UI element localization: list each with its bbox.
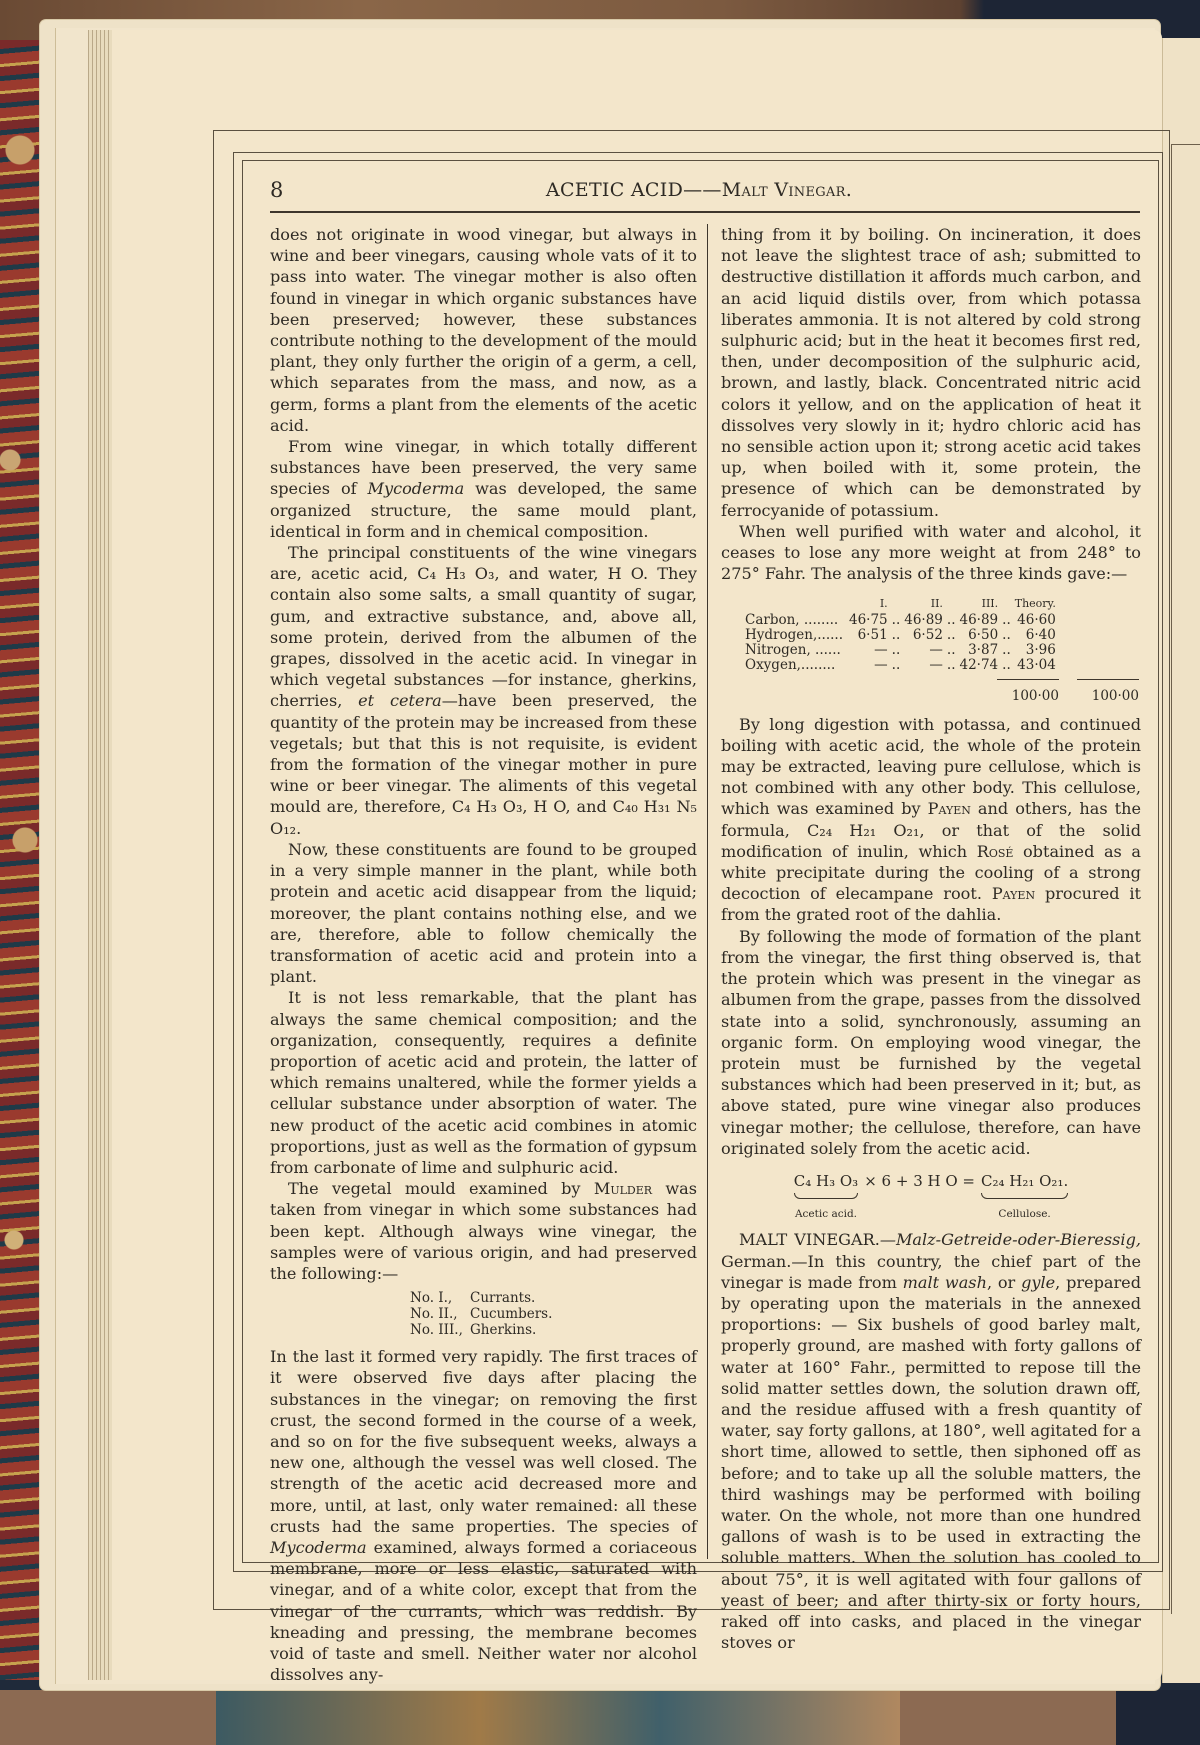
column-header: III. xyxy=(958,596,1001,613)
paragraph: When well purified with water and alcoho… xyxy=(721,521,1141,585)
cell: 6·52 xyxy=(902,628,945,643)
text: examined, always formed a coriaceous mem… xyxy=(270,1538,697,1684)
marbled-cover-bottom-edge xyxy=(0,1690,1200,1745)
cell: 42·74 xyxy=(958,658,1001,673)
table-row: Nitrogen, ...... — .. — .. 3·87 .. 3·96 xyxy=(743,643,1058,658)
text: The vegetal mould examined by xyxy=(288,1179,594,1198)
paragraph: Now, these constituents are found to be … xyxy=(270,839,697,987)
brace-label: Acetic acid. xyxy=(795,1204,857,1225)
element-name: Carbon, ........ xyxy=(743,613,847,628)
author-name: Payen xyxy=(928,799,971,818)
page-gutter-edges xyxy=(88,30,114,1680)
equation-product: C₂₄ H₂₁ O₂₁. Cellulose. xyxy=(981,1171,1068,1225)
cell: 6·50 xyxy=(958,628,1001,643)
sample-number: No. I., xyxy=(410,1290,470,1306)
leader: .. xyxy=(890,613,903,628)
table-row: Carbon, ........ 46·75 .. 46·89 .. 46·89… xyxy=(743,613,1058,628)
element-name: Nitrogen, ...... xyxy=(743,643,847,658)
author-name: Mulder xyxy=(594,1179,652,1198)
paragraph: It is not less remarkable, that the plan… xyxy=(270,987,697,1178)
column-header: II. xyxy=(902,596,945,613)
total-theory: 100·00 xyxy=(1077,679,1139,707)
list-item: No. I.,Currants. xyxy=(410,1290,697,1306)
cell: 46·89 xyxy=(958,613,1001,628)
list-item: No. II.,Cucumbers. xyxy=(410,1306,697,1322)
sample-list: No. I.,Currants. No. II.,Cucumbers. No. … xyxy=(410,1290,697,1338)
table-row: Hydrogen,...... 6·51 .. 6·52 .. 6·50 .. … xyxy=(743,628,1058,643)
column-header xyxy=(890,596,903,613)
page-number: 8 xyxy=(270,178,310,202)
next-page-frame-rule-vertical xyxy=(1171,144,1172,1614)
analysis-table: I. II. III. Theory. Carbon, ........ 46·… xyxy=(743,596,1058,673)
running-head: 8 ACETIC ACID——Malt Vinegar. xyxy=(270,172,1138,208)
paragraph: The principal constituents of the wine v… xyxy=(270,542,697,839)
sample-number: No. II., xyxy=(410,1306,470,1322)
header-rule xyxy=(270,211,1140,213)
element-name: Hydrogen,...... xyxy=(743,628,847,643)
paragraph: thing from it by boiling. On incineratio… xyxy=(721,224,1141,521)
chemical-formula: C₄ H₃ O₃ xyxy=(417,564,494,583)
leader: .. xyxy=(890,643,903,658)
text: In the last it formed very rapidly. The … xyxy=(270,1347,697,1536)
section-heading: MALT VINEGAR. xyxy=(739,1230,880,1249)
cell: — xyxy=(847,658,890,673)
column-divider xyxy=(707,224,708,1559)
brace-label: Cellulose. xyxy=(998,1204,1050,1225)
table-totals: 100·00 100·00 xyxy=(721,679,1139,707)
marbled-endpaper-left xyxy=(0,40,40,1680)
leader: .. xyxy=(945,643,958,658)
running-title: ACETIC ACID——Malt Vinegar. xyxy=(310,179,1138,201)
leader: .. xyxy=(1000,658,1013,673)
cell: — xyxy=(847,643,890,658)
paragraph: By long digestion with potassa, and cont… xyxy=(721,714,1141,926)
column-header: I. xyxy=(847,596,890,613)
leader: .. xyxy=(890,658,903,673)
author-name: Payen xyxy=(992,884,1035,903)
list-item: No. III.,Gherkins. xyxy=(410,1322,697,1338)
leader: .. xyxy=(890,628,903,643)
text: , and water, H O. They contain also some… xyxy=(270,564,697,710)
formula-acetic-acid: C₄ H₃ O₃ xyxy=(794,1171,858,1192)
cell: — xyxy=(902,643,945,658)
cell: — xyxy=(902,658,945,673)
italic-term: malt wash xyxy=(903,1273,987,1292)
italic-term: Mycoderma xyxy=(368,479,465,498)
paragraph: does not originate in wood vinegar, but … xyxy=(270,224,697,436)
next-page-frame-rule xyxy=(1171,144,1200,145)
leader: .. xyxy=(1000,613,1013,628)
formula-cellulose: C₂₄ H₂₁ O₂₁. xyxy=(981,1171,1068,1192)
italic-term: et cetera xyxy=(358,691,442,710)
leader: .. xyxy=(945,613,958,628)
sample-name: Cucumbers. xyxy=(470,1306,552,1322)
cell: 3·96 xyxy=(1013,643,1058,658)
paragraph: By following the mode of formation of th… xyxy=(721,926,1141,1159)
column-header xyxy=(945,596,958,613)
table-header-row: I. II. III. Theory. xyxy=(743,596,1058,613)
cell: 43·04 xyxy=(1013,658,1058,673)
sample-number: No. III., xyxy=(410,1322,470,1338)
underbrace-icon xyxy=(794,1193,858,1199)
cell: 6·40 xyxy=(1013,628,1058,643)
cell: 3·87 xyxy=(958,643,1001,658)
leader: .. xyxy=(945,628,958,643)
italic-term: —Malz-Getreide-oder-Bieressig, xyxy=(880,1230,1141,1249)
author-name: Rosé xyxy=(977,842,1014,861)
cell: 46·60 xyxy=(1013,613,1058,628)
cell: 6·51 xyxy=(847,628,890,643)
sample-name: Currants. xyxy=(470,1290,535,1306)
italic-term: gyle xyxy=(1021,1273,1055,1292)
equation-operator: × 6 + 3 H O = xyxy=(864,1171,975,1192)
chemical-formula: C₂₄ H₂₁ O₂₁ xyxy=(807,821,920,840)
paragraph: From wine vinegar, in which totally diff… xyxy=(270,436,697,542)
leader: .. xyxy=(1000,643,1013,658)
running-title-main: ACETIC ACID—— xyxy=(546,179,722,201)
leader: .. xyxy=(945,658,958,673)
right-column: thing from it by boiling. On incineratio… xyxy=(721,224,1141,1653)
element-name: Oxygen,........ xyxy=(743,658,847,673)
left-column: does not originate in wood vinegar, but … xyxy=(270,224,697,1685)
leader: .. xyxy=(1000,628,1013,643)
column-header xyxy=(1000,596,1013,613)
text: , prepared by operating upon the materia… xyxy=(721,1273,1141,1652)
section-paragraph-malt-vinegar: MALT VINEGAR.—Malz-Getreide-oder-Bieress… xyxy=(721,1229,1141,1653)
paragraph: In the last it formed very rapidly. The … xyxy=(270,1346,697,1685)
column-header: Theory. xyxy=(1013,596,1058,613)
column-header xyxy=(743,596,847,613)
sample-name: Gherkins. xyxy=(470,1322,536,1338)
cell: 46·89 xyxy=(902,613,945,628)
paragraph: The vegetal mould examined by Mulder was… xyxy=(270,1178,697,1284)
underbrace-icon xyxy=(981,1193,1068,1199)
running-title-small-caps: Malt Vinegar. xyxy=(722,179,852,201)
italic-term: Mycoderma xyxy=(270,1538,367,1557)
text: , or xyxy=(987,1273,1021,1292)
cell: 46·75 xyxy=(847,613,890,628)
total-iii: 100·00 xyxy=(997,679,1059,707)
chemical-equation: C₄ H₃ O₃ Acetic acid. × 6 + 3 H O = C₂₄ … xyxy=(721,1171,1141,1225)
equation-reactant: C₄ H₃ O₃ Acetic acid. xyxy=(794,1171,858,1225)
table-row: Oxygen,........ — .. — .. 42·74 .. 43·04 xyxy=(743,658,1058,673)
